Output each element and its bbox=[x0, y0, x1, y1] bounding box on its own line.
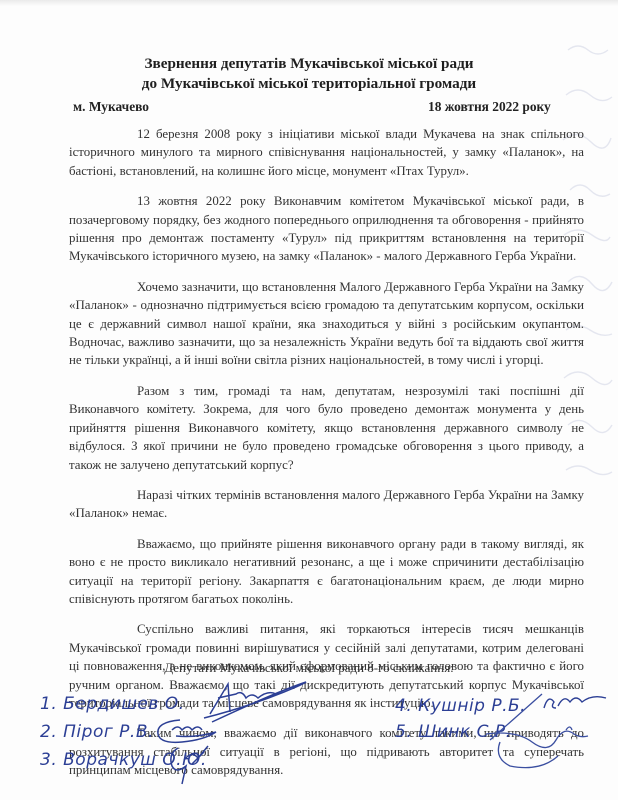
signature-2: 2. Пірог Р.В. bbox=[40, 722, 154, 742]
paragraph-6: Вважаємо, що прийняте рішення виконавчог… bbox=[69, 535, 584, 609]
signature-number: 4. bbox=[395, 696, 412, 716]
signature-number: 3. bbox=[40, 750, 57, 770]
date-label: 18 жовтня 2022 року bbox=[428, 99, 551, 115]
place-label: м. Мукачево bbox=[73, 99, 149, 115]
signature-scribble-5 bbox=[470, 690, 618, 770]
scan-edge-shadow bbox=[0, 0, 618, 6]
signature-1: 1. Бердишев О. bbox=[40, 694, 185, 714]
paragraph-2: 13 жовтня 2022 року Виконавчим комітетом… bbox=[69, 192, 584, 266]
paragraph-1: 12 березня 2008 року з ініціативи місько… bbox=[69, 125, 584, 180]
signature-scribble-3 bbox=[164, 738, 214, 788]
signature-name: Бердишев О. bbox=[63, 694, 184, 714]
signature-name: Пірог Р.В. bbox=[63, 722, 154, 742]
paragraph-5: Наразі чітких термінів встановлення мало… bbox=[69, 486, 584, 523]
signature-number: 1. bbox=[40, 694, 57, 714]
paragraph-3: Хочемо зазначити, що встановлення Малого… bbox=[69, 278, 584, 370]
title-line-1: Звернення депутатів Мукачівської міської… bbox=[0, 54, 618, 74]
paragraph-4: Разом з тим, громаді та нам, депутатам, … bbox=[69, 382, 584, 474]
title-line-2: до Мукачівської міської територіальної г… bbox=[0, 74, 618, 94]
signature-number: 2. bbox=[40, 722, 57, 742]
document-title: Звернення депутатів Мукачівської міської… bbox=[0, 54, 618, 94]
closing-line: Депутати Мукачівської міської ради 8-го … bbox=[0, 660, 618, 676]
document-page: Звернення депутатів Мукачівської міської… bbox=[0, 0, 618, 800]
signature-number: 5. bbox=[395, 722, 412, 742]
